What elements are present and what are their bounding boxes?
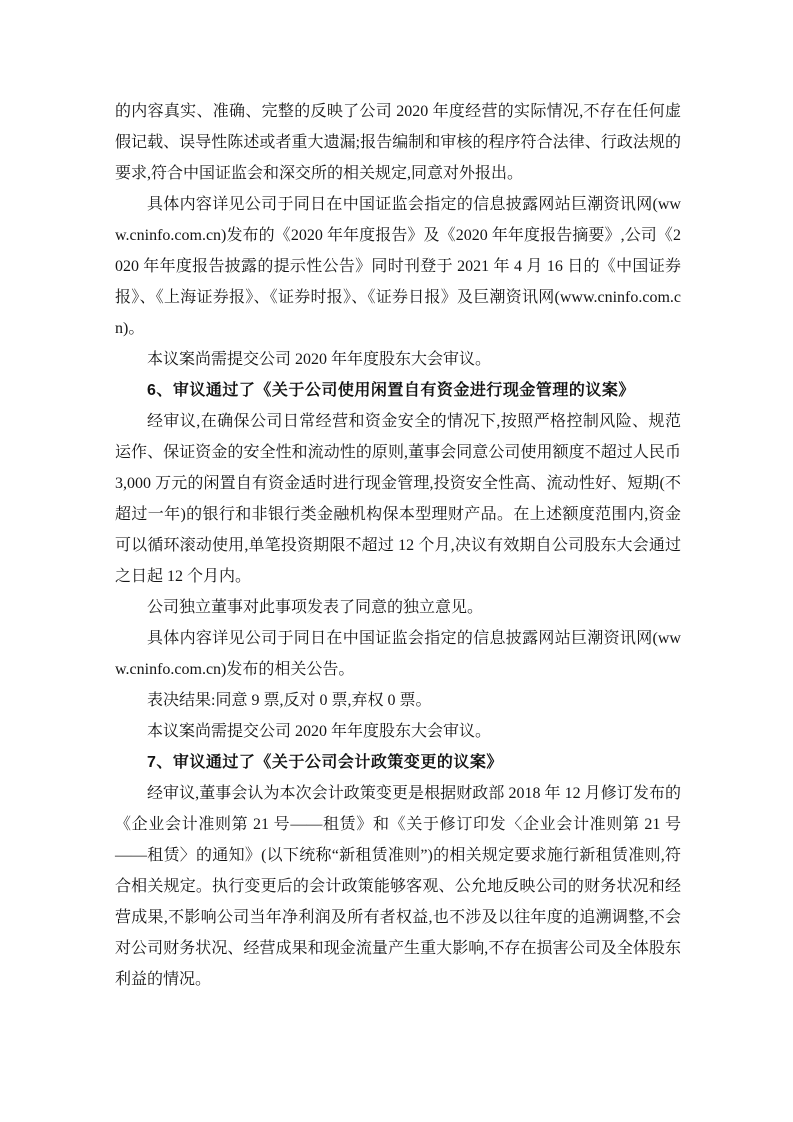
- paragraph-submit-to-agm-1: 本议案尚需提交公司 2020 年年度股东大会审议。: [115, 344, 681, 375]
- paragraph-report-accuracy-continuation: 的内容真实、准确、完整的反映了公司 2020 年度经营的实际情况,不存在任何虚假…: [115, 96, 681, 189]
- document-page: 的内容真实、准确、完整的反映了公司 2020 年度经营的实际情况,不存在任何虚假…: [0, 0, 793, 1122]
- paragraph-voting-result: 表决结果:同意 9 票,反对 0 票,弃权 0 票。: [115, 685, 681, 716]
- paragraph-independent-directors-opinion: 公司独立董事对此事项发表了同意的独立意见。: [115, 592, 681, 623]
- paragraph-cash-management-details: 经审议,在确保公司日常经营和资金安全的情况下,按照严格控制风险、规范运作、保证资…: [115, 406, 681, 592]
- heading-resolution-7: 7、审议通过了《关于公司会计政策变更的议案》: [115, 747, 681, 778]
- paragraph-related-announcement-disclosure: 具体内容详见公司于同日在中国证监会指定的信息披露网站巨潮资讯网(www.cnin…: [115, 623, 681, 685]
- paragraph-submit-to-agm-2: 本议案尚需提交公司 2020 年年度股东大会审议。: [115, 716, 681, 747]
- heading-resolution-6: 6、审议通过了《关于公司使用闲置自有资金进行现金管理的议案》: [115, 375, 681, 406]
- paragraph-annual-report-disclosure: 具体内容详见公司于同日在中国证监会指定的信息披露网站巨潮资讯网(www.cnin…: [115, 189, 681, 344]
- document-body: 的内容真实、准确、完整的反映了公司 2020 年度经营的实际情况,不存在任何虚假…: [115, 96, 681, 995]
- paragraph-accounting-policy-change: 经审议,董事会认为本次会计政策变更是根据财政部 2018 年 12 月修订发布的…: [115, 778, 681, 995]
